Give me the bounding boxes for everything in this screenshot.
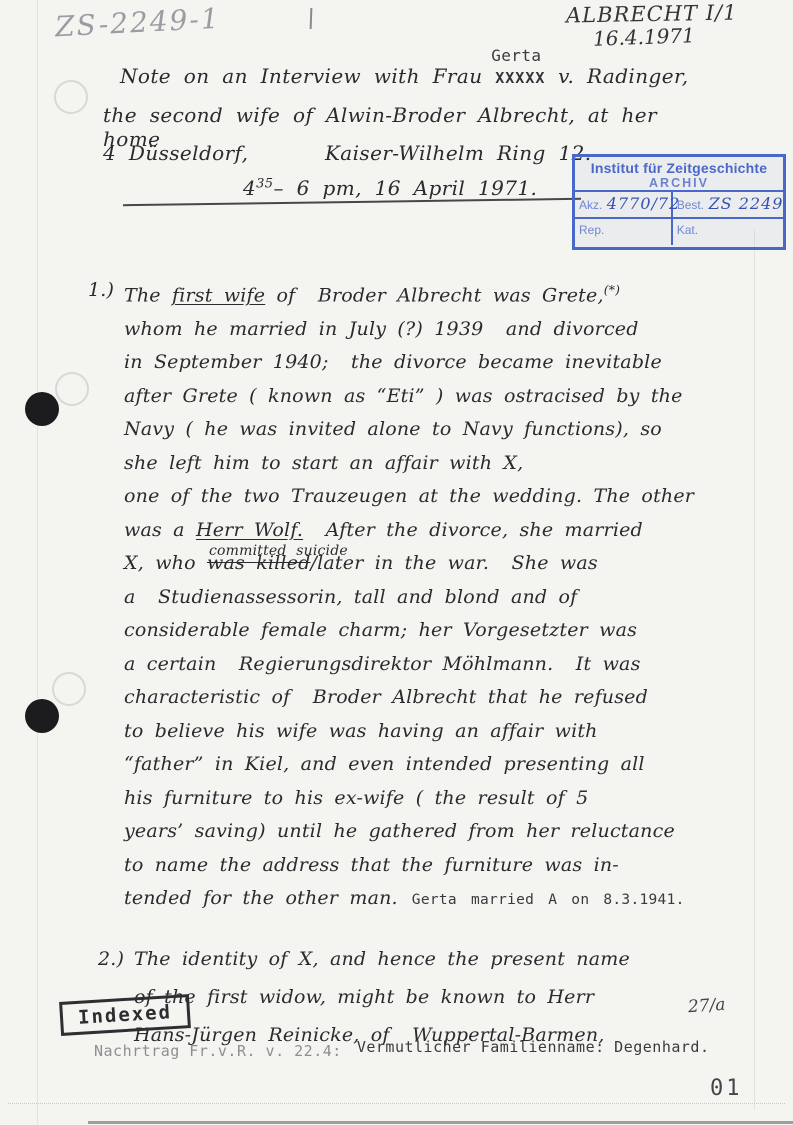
text-segment: characteristic of Broder Albrecht that h… (124, 686, 648, 708)
text-segment: first wife (172, 284, 265, 306)
text-segment: in September 1940; the divorce became in… (124, 351, 662, 373)
kat-label: Kat. (677, 223, 698, 237)
text-segment: a Studienassessorin, tall and blond and … (124, 586, 577, 608)
handwritten-line: X, who was killedcommitted suicide/later… (124, 547, 736, 581)
akz-label: Akz. (579, 198, 602, 212)
handwritten-line: in September 1940; the divorce became in… (124, 346, 736, 380)
archive-stamp-institute: Institut für Zeitgeschichte (575, 160, 783, 176)
handwritten-line: one of the two Trauzeugen at the wedding… (124, 480, 736, 514)
hole-punch-ghost-ring (55, 372, 89, 406)
heading-line-1: Note on an Interview with Frau GertaXXXX… (120, 64, 720, 88)
stamp-cell-best: Best. ZS 2249 (673, 192, 783, 219)
text-segment: /later in the war. She was (311, 552, 598, 574)
heading-line-1-post: v. Radinger, (545, 64, 688, 88)
document-date: 16.4.1971 (593, 23, 696, 51)
text-segment: his furniture to his ex-wife ( the resul… (124, 787, 588, 809)
stray-pen-mark (310, 8, 313, 29)
text-segment: a certain Regierungsdirektor Möhlmann. I… (124, 653, 641, 675)
scan-bottom-edge (88, 1121, 793, 1124)
text-segment: X, who (124, 552, 207, 574)
text-segment: after Grete ( known as “Eti” ) was ostra… (124, 385, 683, 407)
handwritten-line: Navy ( he was invited alone to Navy func… (124, 413, 736, 447)
text-segment: (*) (604, 283, 620, 297)
handwritten-line: a certain Regierungsdirektor Möhlmann. I… (124, 648, 736, 682)
page-number: 01 (710, 1076, 743, 1101)
handwritten-line: his furniture to his ex-wife ( the resul… (124, 782, 736, 816)
text-segment: one of the two Trauzeugen at the wedding… (124, 485, 694, 507)
paper-fold-line (37, 0, 38, 1125)
heading-line-1-pre: Note on an Interview with Frau (120, 64, 495, 88)
handwritten-line: The identity of X, and hence the present… (134, 940, 734, 978)
handwritten-line: a Studienassessorin, tall and blond and … (124, 581, 736, 615)
handwritten-line: The first wife of Broder Albrecht was Gr… (124, 274, 736, 313)
stamp-cell-kat: Kat. (673, 219, 783, 245)
hole-punch-ghost-ring (52, 672, 86, 706)
meeting-time-rest: – 6 pm, 16 April 1971. (273, 176, 537, 200)
typed-correction-name: Gerta (491, 46, 541, 65)
hole-punch-ghost-ring (54, 80, 88, 114)
paragraph-2-number: 2.) (98, 940, 124, 978)
text-segment: The identity of X, and hence the present… (134, 948, 630, 970)
handwritten-line: after Grete ( known as “Eti” ) was ostra… (124, 380, 736, 414)
handwritten-line: considerable female charm; her Vorgesetz… (124, 614, 736, 648)
paragraph-1-number: 1.) (88, 274, 114, 308)
paragraph-2-lines: The identity of X, and hence the present… (134, 940, 734, 1054)
typed-addendum: Nachrtrag Fr.v.R. v. 22.4: Vermutlicher … (94, 1042, 709, 1060)
text-segment: Gerta married A on 8.3.1941. (398, 892, 685, 908)
archive-stamp-grid: Akz. 4770/72 Best. ZS 2249 Rep. Kat. (575, 192, 783, 245)
akz-value: 4770/72 (607, 194, 680, 213)
text-segment: she left him to start an affair with X, (124, 452, 523, 474)
handwritten-line: to believe his wife was having an affair… (124, 715, 736, 749)
hole-punch-top (25, 392, 59, 426)
paragraph-1: 1.) The first wife of Broder Albrecht wa… (124, 274, 736, 918)
margin-note: 27/a (687, 995, 726, 1018)
text-segment: to believe his wife was having an affair… (124, 720, 598, 742)
archive-shelfmark-pencil: ZS-2249-1 (54, 2, 221, 44)
interlinear-insertion: committed suicide (209, 535, 348, 569)
text-segment: was killedcommitted suicide (207, 552, 311, 574)
handwritten-line: characteristic of Broder Albrecht that h… (124, 681, 736, 715)
text-segment: After the divorce, she married (303, 519, 643, 541)
text-segment: tended for the other man. (124, 887, 398, 909)
text-segment: The (124, 284, 172, 306)
text-segment: of Broder Albrecht was Grete, (265, 284, 603, 306)
paragraph-2: 2.) The identity of X, and hence the pre… (134, 940, 734, 1054)
stamp-cell-akz: Akz. 4770/72 (575, 192, 673, 219)
rep-label: Rep. (579, 223, 604, 237)
hole-punch-bottom (25, 699, 59, 733)
archive-stamp-archiv: ARCHIV (575, 176, 783, 190)
paper-edge-line (754, 230, 755, 1110)
addendum-faint-text: Nachrtrag Fr.v.R. v. 22.4: (94, 1042, 342, 1060)
crossed-out-name: XXXXX (495, 69, 545, 87)
handwritten-line: she left him to start an affair with X, (124, 447, 736, 481)
text-segment: to name the address that the furniture w… (124, 854, 619, 876)
best-value: ZS 2249 (709, 194, 784, 213)
archive-stamp-title: Institut für Zeitgeschichte ARCHIV (575, 157, 783, 192)
handwritten-line: to name the address that the furniture w… (124, 849, 736, 883)
best-label: Best. (677, 198, 704, 212)
handwritten-line: whom he married in July (?) 1939 and div… (124, 313, 736, 347)
handwritten-line: years’ saving) until he gathered from he… (124, 815, 736, 849)
text-segment: of the first widow, might be known to He… (134, 986, 594, 1008)
meeting-time-hour: 4 (243, 176, 256, 200)
text-segment: whom he married in July (?) 1939 and div… (124, 318, 639, 340)
scanned-document-page: ZS-2249-1 ALBRECHT I/1 16.4.1971 Note on… (0, 0, 793, 1125)
handwritten-line: tended for the other man. Gerta married … (124, 882, 736, 918)
text-segment: considerable female charm; her Vorgesetz… (124, 619, 637, 641)
crossed-out-name-group: GertaXXXXX (495, 64, 545, 88)
archive-stamp: Institut für Zeitgeschichte ARCHIV Akz. … (572, 154, 786, 250)
stamp-cell-rep: Rep. (575, 219, 673, 245)
text-segment: years’ saving) until he gathered from he… (124, 820, 675, 842)
collection-reference: ALBRECHT I/1 (566, 1, 738, 28)
text-segment: Navy ( he was invited alone to Navy func… (124, 418, 662, 440)
handwritten-line: “father” in Kiel, and even intended pres… (124, 748, 736, 782)
addendum-dark-text: Vermutlicher Familienname: Degenhard. (357, 1038, 710, 1056)
text-segment: was a (124, 519, 196, 541)
scan-bottom-dotted-line (8, 1103, 785, 1104)
text-segment: “father” in Kiel, and even intended pres… (124, 753, 645, 775)
paragraph-1-lines: The first wife of Broder Albrecht was Gr… (124, 274, 736, 918)
handwritten-line: of the first widow, might be known to He… (134, 978, 734, 1016)
meeting-time-minutes: 35 (256, 176, 273, 191)
